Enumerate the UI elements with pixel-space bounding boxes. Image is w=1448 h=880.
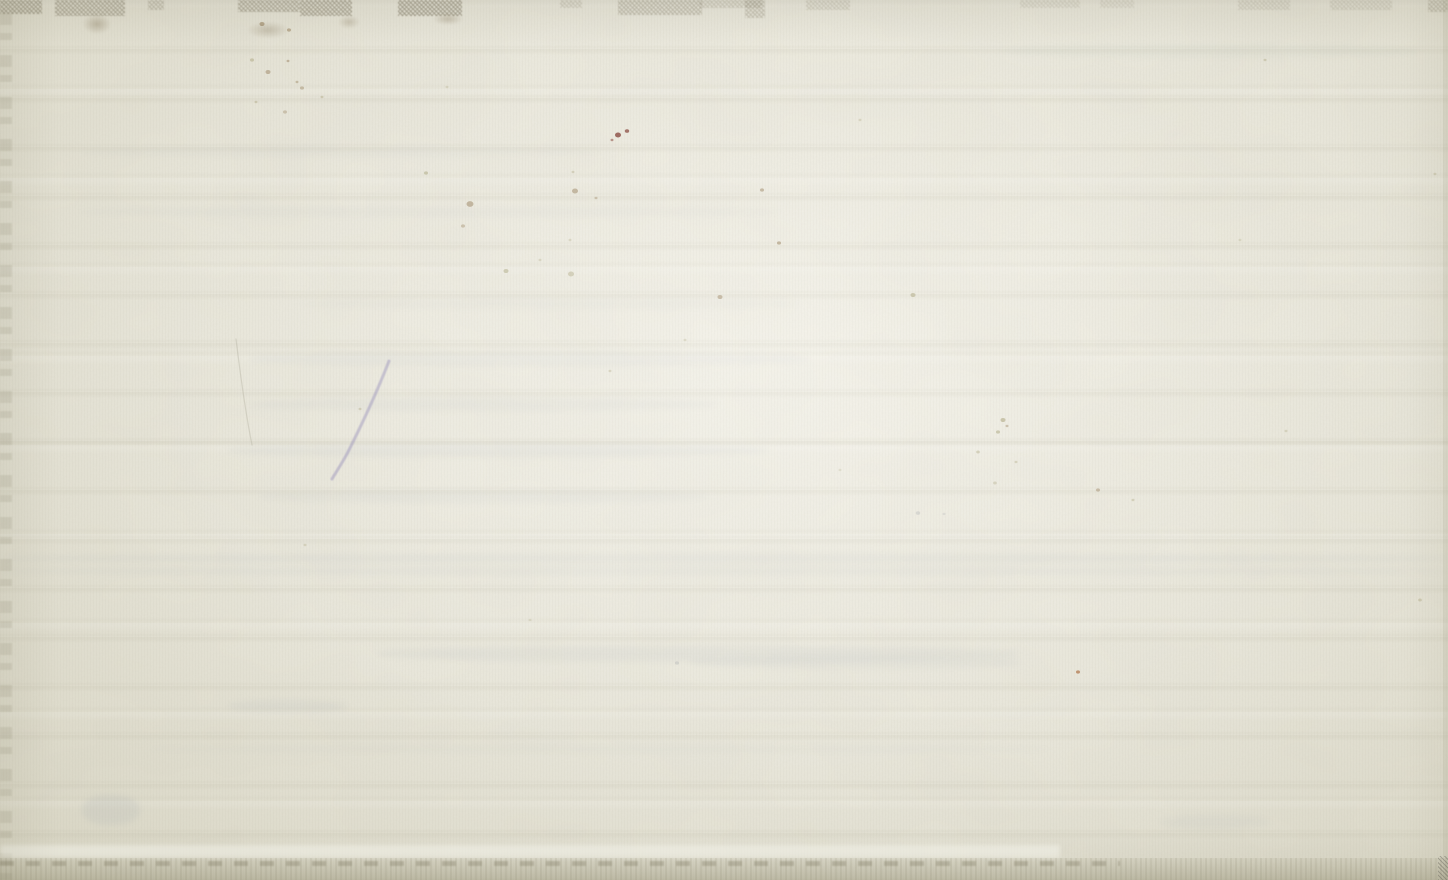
foxing-spot [300,86,304,89]
top-edge-smudge [1238,0,1290,10]
page-vignette [0,0,1448,880]
foxing-spot [539,259,542,261]
right-edge-strip [1443,0,1448,880]
ghost-layer [0,0,1448,880]
foxing-spot [296,81,299,83]
foxing-spot [467,201,474,207]
left-edge-strip [0,0,12,880]
ghost-text-smudge [80,147,600,157]
foxing-spot [569,239,572,241]
foxing-spot [359,408,362,410]
foxing-spot [1015,461,1018,463]
foxing-spot [250,58,254,61]
coarse-mottle [0,0,1448,880]
ghost-text-smudge [258,490,708,503]
top-edge-smudge [700,0,762,8]
foxing-layer [250,22,1437,674]
marks-layer [0,0,1448,880]
ghost-text-smudge [0,567,1448,575]
foxing-spot [287,60,290,62]
foxing-spot [287,28,291,31]
top-edge-smudge [1330,0,1392,10]
ghost-text-smudge [1160,815,1270,829]
ghost-text-smudge [0,554,1448,563]
foxing-spot [611,139,614,141]
top-edge-smudge [300,0,352,16]
bottom-highlight-strip [0,845,1060,858]
foxing-spot [1076,670,1080,673]
top-edge-smudge [1100,0,1134,8]
top-edge-smudge [243,20,293,40]
foxing-spot [572,189,578,194]
foxing-spot [1132,499,1135,501]
foxing-spot [304,544,307,546]
foxing-spot [1006,425,1009,427]
top-edge-smudge [806,0,850,10]
bottom-edge-dashes [0,861,1120,866]
top-edge-smudge [1020,0,1080,8]
foxing-spot [446,86,449,88]
foxing-spot [572,171,575,173]
foxing-spot [266,70,271,74]
foxing-spot [718,295,723,299]
foxing-spot [283,110,287,113]
foxing-spot [943,513,946,515]
foxing-spot [461,224,465,227]
foxing-spot [625,129,629,133]
foxing-spot [1434,173,1437,175]
ghost-text-smudge [82,795,140,825]
foxing-spot [916,511,920,515]
top-edge-smudge [80,12,114,36]
ghost-text-smudge [1000,44,1420,58]
paper-texture [0,0,1448,880]
foxing-spot [996,430,1000,433]
foxing-spot [1096,488,1100,491]
top-edge-smudge [560,0,582,8]
ghost-text-smudge [248,398,718,411]
top-edge-smudge [336,14,362,30]
top-edge-smudge [55,0,125,16]
foxing-spot [859,119,862,121]
ghost-text-smudge [228,700,348,712]
ghost-text-smudge [80,207,780,217]
ghost-text-smudge [300,299,800,309]
foxing-spot [976,451,980,454]
foxing-spot [321,96,324,98]
ghost-text-smudge [250,352,810,366]
top-edge-smudge [430,12,466,26]
foxing-spot [675,661,679,664]
foxing-spot [760,188,764,191]
foxing-spot [1285,430,1288,432]
top-edge-smudge [745,0,765,18]
foxing-spot [615,133,621,138]
fine-grain [0,0,1448,880]
foxing-spot [504,269,509,273]
scanned-page [0,0,1448,880]
top-edge-smudge [618,0,702,15]
ghost-text-smudge [150,745,1050,753]
top-edge-smudge [238,0,300,12]
scan-banding [0,0,1448,880]
foxing-spot [424,171,428,174]
foxing-spot [911,293,916,297]
paper-surface [0,0,1448,880]
foxing-spot [1264,59,1267,61]
foxing-spot [595,197,598,199]
foxing-spot [529,619,532,621]
foxing-spot [1239,239,1242,241]
top-edge-smudge [398,0,462,16]
scratch-line [236,339,252,445]
foxing-spot [839,469,842,471]
foxing-spot [993,482,997,485]
ghost-text-smudge [378,646,1018,662]
top-edge-layer [0,0,1448,880]
foxing-spot [568,272,574,277]
top-edge-smudge [148,0,164,10]
foxing-spot [255,101,258,103]
foxing-spot [777,241,781,244]
foxing-spot [609,370,612,372]
foxing-spot [1418,599,1422,602]
foxing-spot [260,22,265,26]
foxing-spot [1001,418,1006,422]
ghost-text-smudge [690,656,1020,669]
pen-stroke [332,361,389,479]
ghost-text-smudge [228,444,768,457]
foxing-spot [684,339,687,341]
bottom-right-halftone-patch [1438,856,1448,880]
